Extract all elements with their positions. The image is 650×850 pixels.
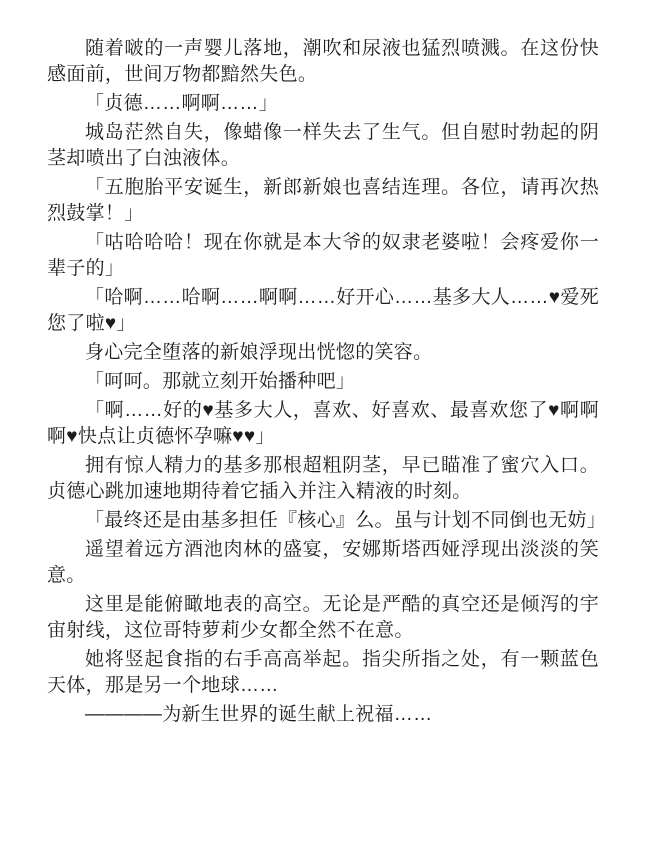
paragraph: 遥望着远方酒池肉林的盛宴，安娜斯塔西娅浮现出淡淡的笑意。 [47, 537, 599, 589]
text-body: 随着啵的一声婴儿落地，潮吹和尿液也猛烈喷溅。在这份快感面前，世间万物都黯然失色。… [47, 36, 599, 728]
paragraph-closing-line: ————为新生世界的诞生献上祝福…… [47, 702, 599, 728]
paragraph-dialogue: 「啊……好的♥基多大人，喜欢、好喜欢、最喜欢您了♥啊啊啊♥快点让贞德怀孕嘛♥♥」 [47, 398, 599, 450]
paragraph-dialogue: 「最终还是由基多担任『核心』么。虽与计划不同倒也无妨」 [47, 508, 599, 534]
paragraph: 拥有惊人精力的基多那根超粗阴茎，早已瞄准了蜜穴入口。贞德心跳加速地期待着它插入并… [47, 453, 599, 505]
paragraph-dialogue: 「咕哈哈哈！现在你就是本大爷的奴隶老婆啦！会疼爱你一辈子的」 [47, 230, 599, 282]
paragraph-dialogue: 「哈啊……哈啊……啊啊……好开心……基多大人……♥爱死您了啦♥」 [47, 285, 599, 337]
paragraph-dialogue: 「呵呵。那就立刻开始播种吧」 [47, 369, 599, 395]
paragraph: 城岛茫然自失，像蜡像一样失去了生气。但自慰时勃起的阴茎却喷出了白浊液体。 [47, 120, 599, 172]
paragraph: 随着啵的一声婴儿落地，潮吹和尿液也猛烈喷溅。在这份快感面前，世间万物都黯然失色。 [47, 36, 599, 88]
paragraph: 身心完全堕落的新娘浮现出恍惚的笑容。 [47, 340, 599, 366]
paragraph: 她将竖起食指的右手高高举起。指尖所指之处，有一颗蓝色天体，那是另一个地球…… [47, 647, 599, 699]
paragraph-dialogue: 「贞德……啊啊……」 [47, 91, 599, 117]
paragraph-dialogue: 「五胞胎平安诞生，新郎新娘也喜结连理。各位，请再次热烈鼓掌！」 [47, 175, 599, 227]
paragraph: 这里是能俯瞰地表的高空。无论是严酷的真空还是倾泻的宇宙射线，这位哥特萝莉少女都全… [47, 592, 599, 644]
document-page: 随着啵的一声婴儿落地，潮吹和尿液也猛烈喷溅。在这份快感面前，世间万物都黯然失色。… [0, 0, 650, 850]
